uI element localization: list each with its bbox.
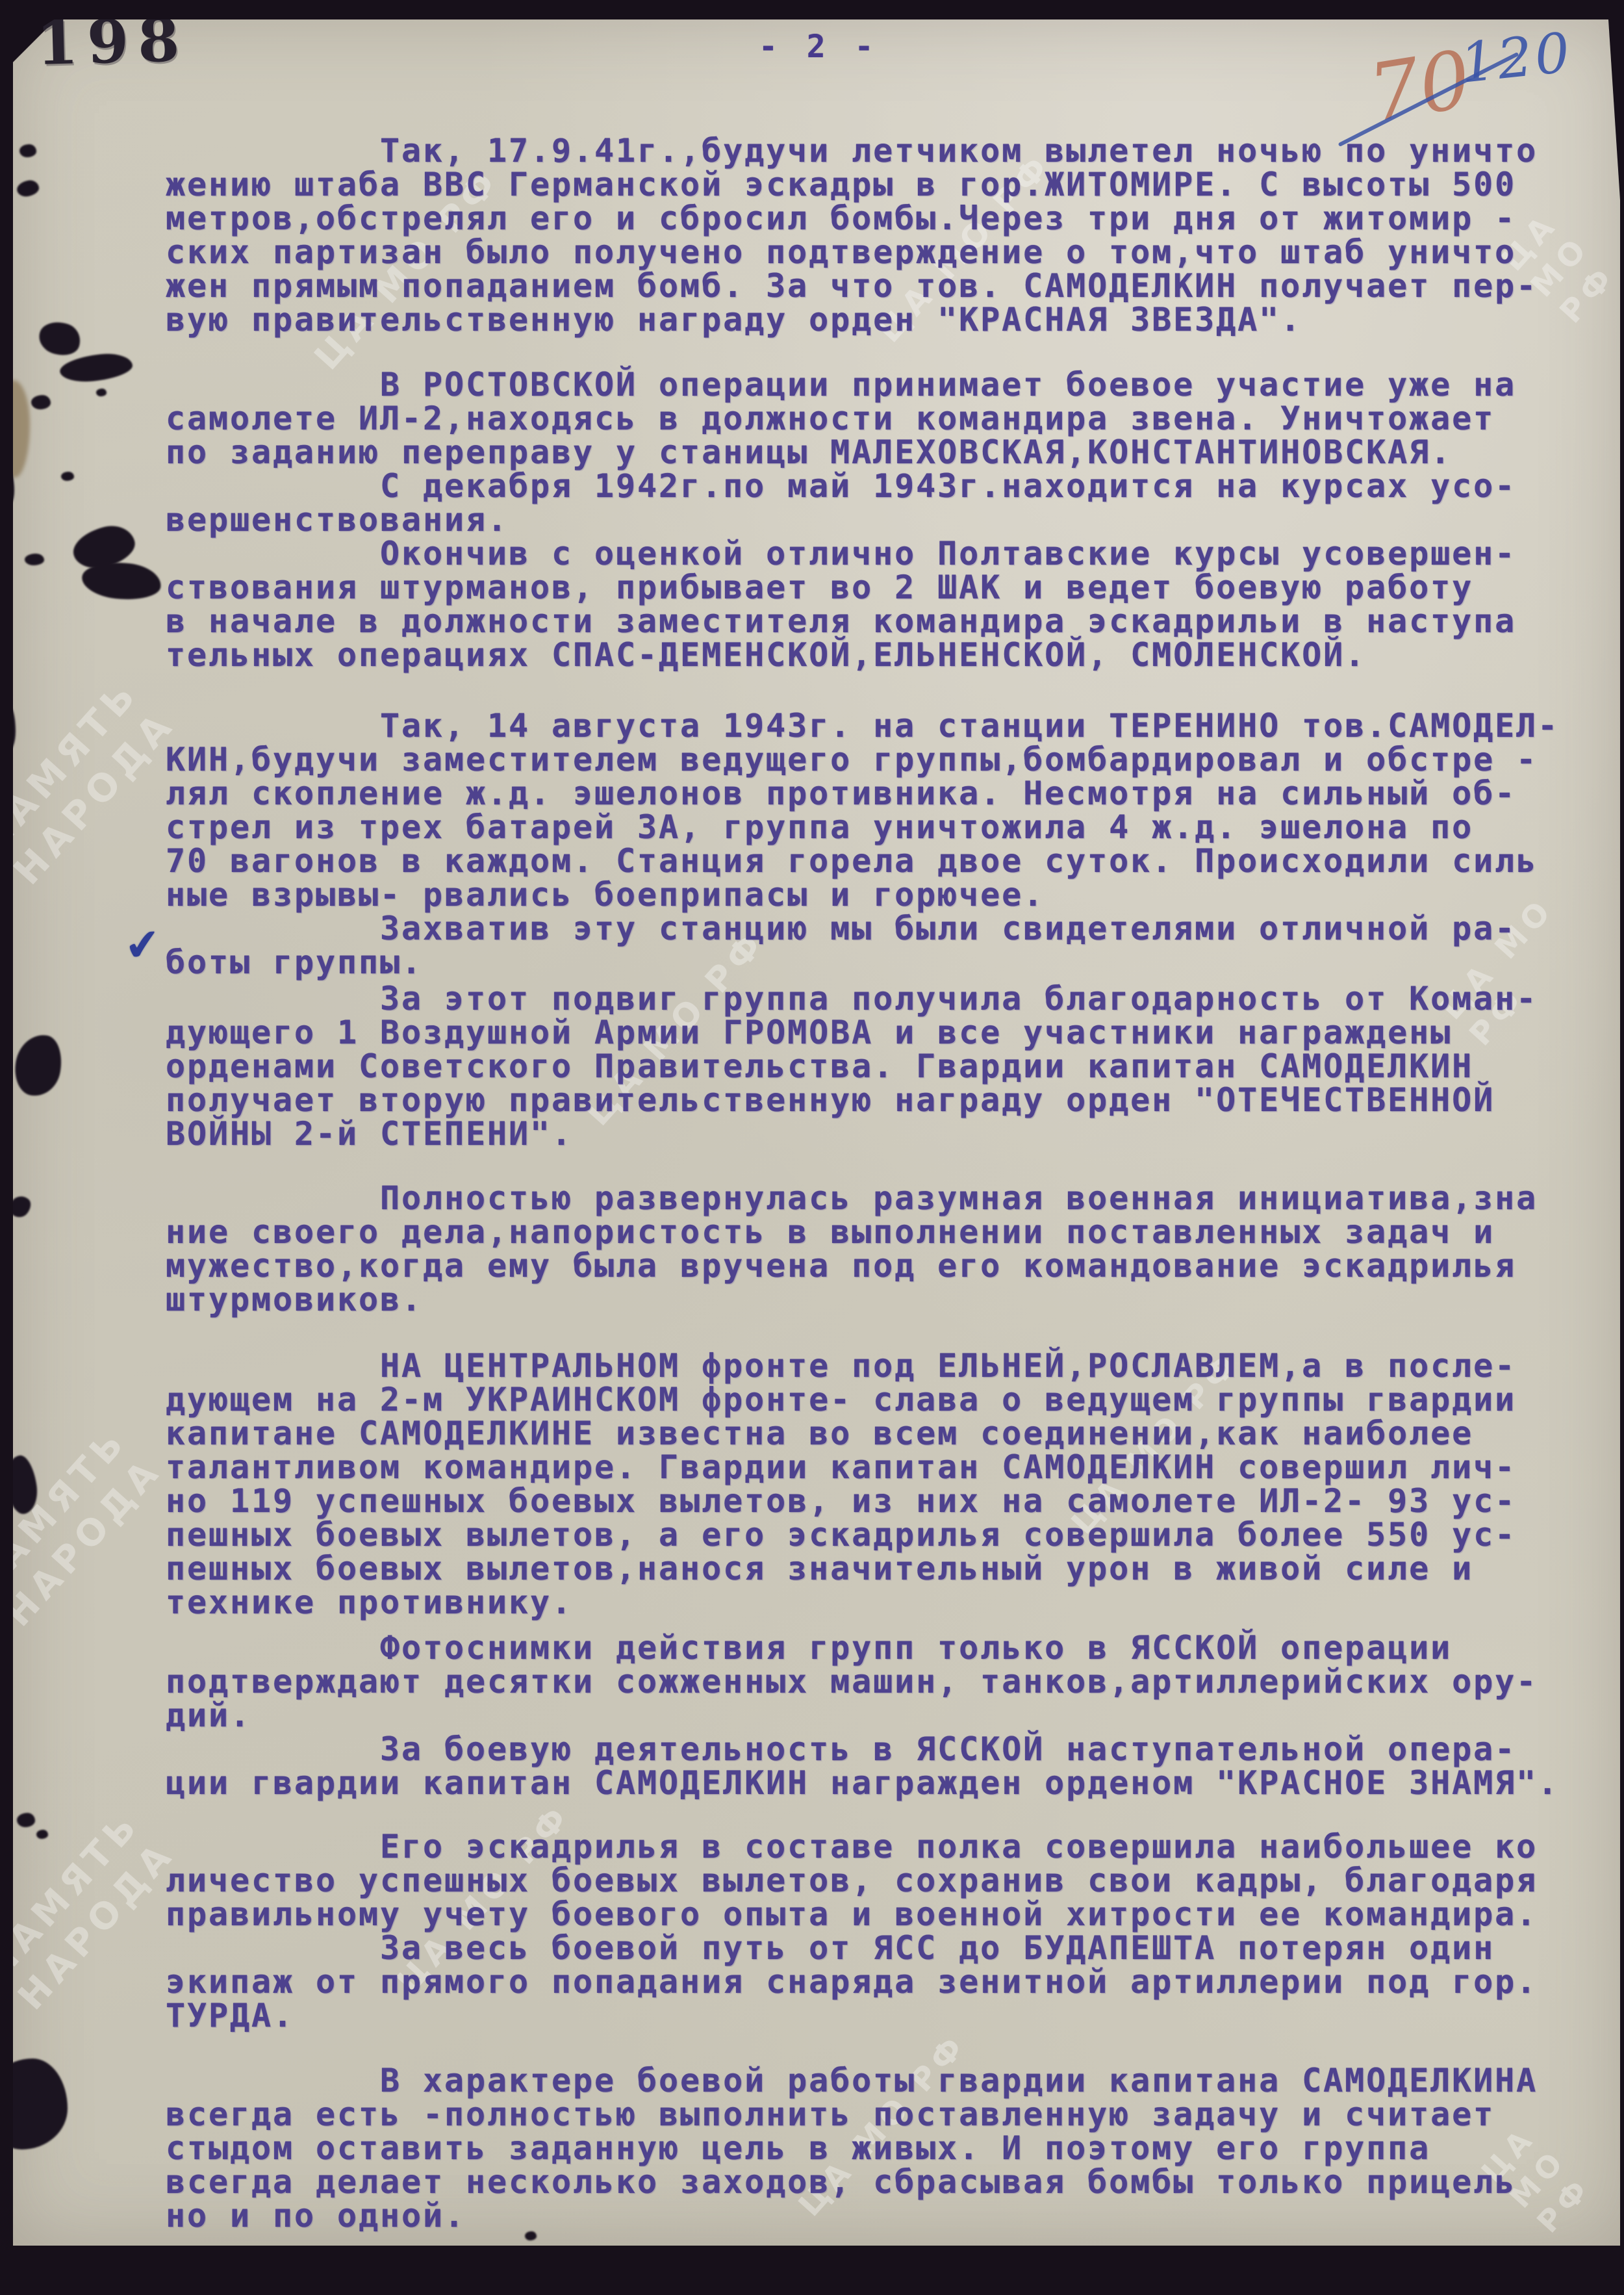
margin-checkmark-icon: ✔ xyxy=(122,918,163,971)
typed-paragraph: Его эскадрилья в составе полка совершила… xyxy=(166,1830,1538,2032)
typed-paragraph: За боевую деятельность в ЯССКОЙ наступат… xyxy=(166,1732,1559,1800)
ink-blot xyxy=(36,1830,48,1839)
scan-border-right xyxy=(1620,0,1624,2295)
ink-blot xyxy=(525,2231,537,2240)
typed-paragraph: В характере боевой работы гвардии капита… xyxy=(166,2064,1538,2233)
typed-paragraph: В РОСТОВСКОЙ операции принимает боевое у… xyxy=(166,368,1516,672)
ink-blot xyxy=(19,144,36,157)
ink-blot xyxy=(96,389,107,396)
handwritten-number: 120 xyxy=(1457,20,1575,95)
typed-paragraph: Так, 17.9.41г.,будучи летчиком вылетел н… xyxy=(166,134,1538,337)
ink-blot xyxy=(17,1813,35,1827)
typed-paragraph: Полностью развернулась разумная военная … xyxy=(166,1181,1538,1316)
typed-paragraph: НА ЦЕНТРАЛЬНОМ фронте под ЕЛЬНЕЙ,РОСЛАВЛ… xyxy=(166,1349,1516,1619)
ink-blot xyxy=(61,472,74,481)
scanned-document-screenshot: { "page": { "archive_page_number": "198"… xyxy=(0,0,1624,2295)
typed-page-number: - 2 - xyxy=(759,29,879,65)
ink-blot xyxy=(25,554,44,565)
typed-paragraph: За этот подвиг группа получила благодарн… xyxy=(166,982,1538,1151)
scan-border-left xyxy=(0,0,13,2295)
typed-paragraph: Фотоснимки действия групп только в ЯССКО… xyxy=(166,1631,1538,1732)
scan-border-top xyxy=(0,0,1624,19)
ink-blot xyxy=(31,395,51,409)
scan-border-bottom xyxy=(0,2246,1624,2295)
typed-paragraph: Так, 14 августа 1943г. на станции ТЕРЕНИ… xyxy=(166,709,1559,979)
